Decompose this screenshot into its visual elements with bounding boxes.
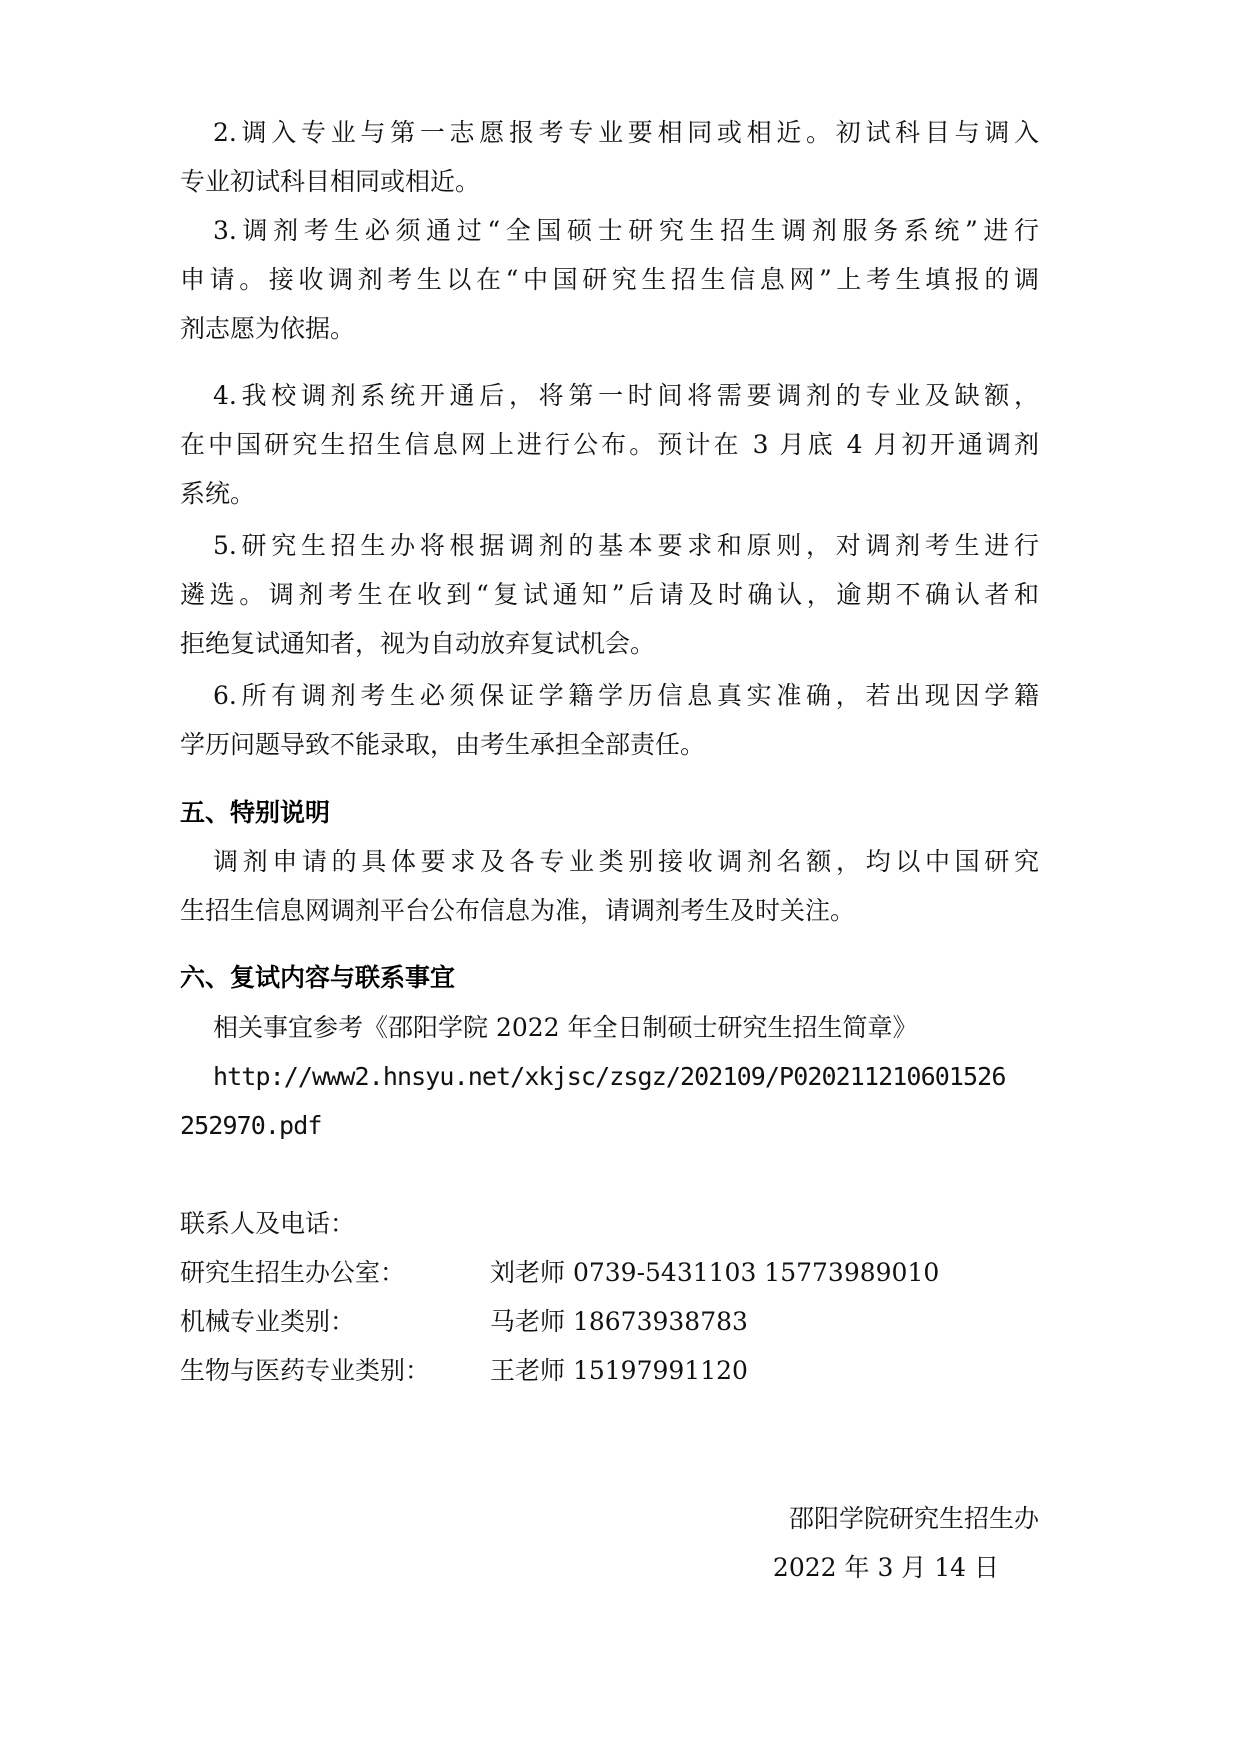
- url-link-continuation[interactable]: 252970.pdf: [180, 1110, 322, 1142]
- paragraph-line: 4.我校调剂系统开通后，将第一时间将需要调剂的专业及缺额，: [213, 380, 1039, 412]
- paragraph-line: 6.所有调剂考生必须保证学籍学历信息真实准确，若出现因学籍: [213, 680, 1039, 712]
- contact-row: 生物与医药专业类别：王老师 15197991120: [180, 1355, 748, 1387]
- paragraph-line: 剂志愿为依据。: [180, 313, 355, 345]
- paragraph-line: 5.研究生招生办将根据调剂的基本要求和原则，对调剂考生进行: [213, 530, 1039, 562]
- paragraph-line: 拒绝复试通知者，视为自动放弃复试机会。: [180, 628, 655, 660]
- contact-label: 研究生招生办公室：: [180, 1257, 490, 1289]
- contact-row: 机械专业类别：马老师 18673938783: [180, 1306, 748, 1338]
- paragraph-line: 3.调剂考生必须通过“全国硕士研究生招生调剂服务系统”进行: [213, 215, 1039, 247]
- paragraph-line: 2.调入专业与第一志愿报考专业要相同或相近。初试科目与调入: [213, 117, 1039, 149]
- signature-date: 2022 年 3 月 14 日: [479, 1552, 999, 1584]
- section-heading: 五、特别说明: [180, 797, 330, 829]
- contact-row: 研究生招生办公室：刘老师 0739-5431103 15773989010: [180, 1257, 939, 1289]
- contact-value: 刘老师 0739-5431103 15773989010: [490, 1257, 939, 1289]
- paragraph-line: 申请。接收调剂考生以在“中国研究生招生信息网”上考生填报的调: [180, 264, 1039, 296]
- url-link[interactable]: http://www2.hnsyu.net/xkjsc/zsgz/202109/…: [213, 1061, 1005, 1093]
- contacts-title: 联系人及电话：: [180, 1208, 355, 1240]
- paragraph-line: 系统。: [180, 478, 255, 510]
- section-heading: 六、复试内容与联系事宜: [180, 962, 455, 994]
- paragraph-line: 专业初试科目相同或相近。: [180, 166, 480, 198]
- paragraph-line: 调剂申请的具体要求及各专业类别接收调剂名额，均以中国研究: [213, 846, 1039, 878]
- contact-label: 机械专业类别：: [180, 1306, 490, 1338]
- paragraph-line: 在中国研究生招生信息网上进行公布。预计在 3 月底 4 月初开通调剂: [180, 429, 1039, 461]
- document-page: 2.调入专业与第一志愿报考专业要相同或相近。初试科目与调入 专业初试科目相同或相…: [0, 0, 1240, 1754]
- contact-label: 生物与医药专业类别：: [180, 1355, 490, 1387]
- paragraph-line: 生招生信息网调剂平台公布信息为准，请调剂考生及时关注。: [180, 895, 855, 927]
- contact-value: 马老师 18673938783: [490, 1306, 748, 1338]
- signature-org: 邵阳学院研究生招生办: [479, 1503, 1039, 1535]
- paragraph-line: 遴选。调剂考生在收到“复试通知”后请及时确认，逾期不确认者和: [180, 579, 1039, 611]
- contact-value: 王老师 15197991120: [490, 1355, 748, 1387]
- reference-line: 相关事宜参考《邵阳学院 2022 年全日制硕士研究生招生简章》: [213, 1012, 918, 1044]
- paragraph-line: 学历问题导致不能录取，由考生承担全部责任。: [180, 729, 705, 761]
